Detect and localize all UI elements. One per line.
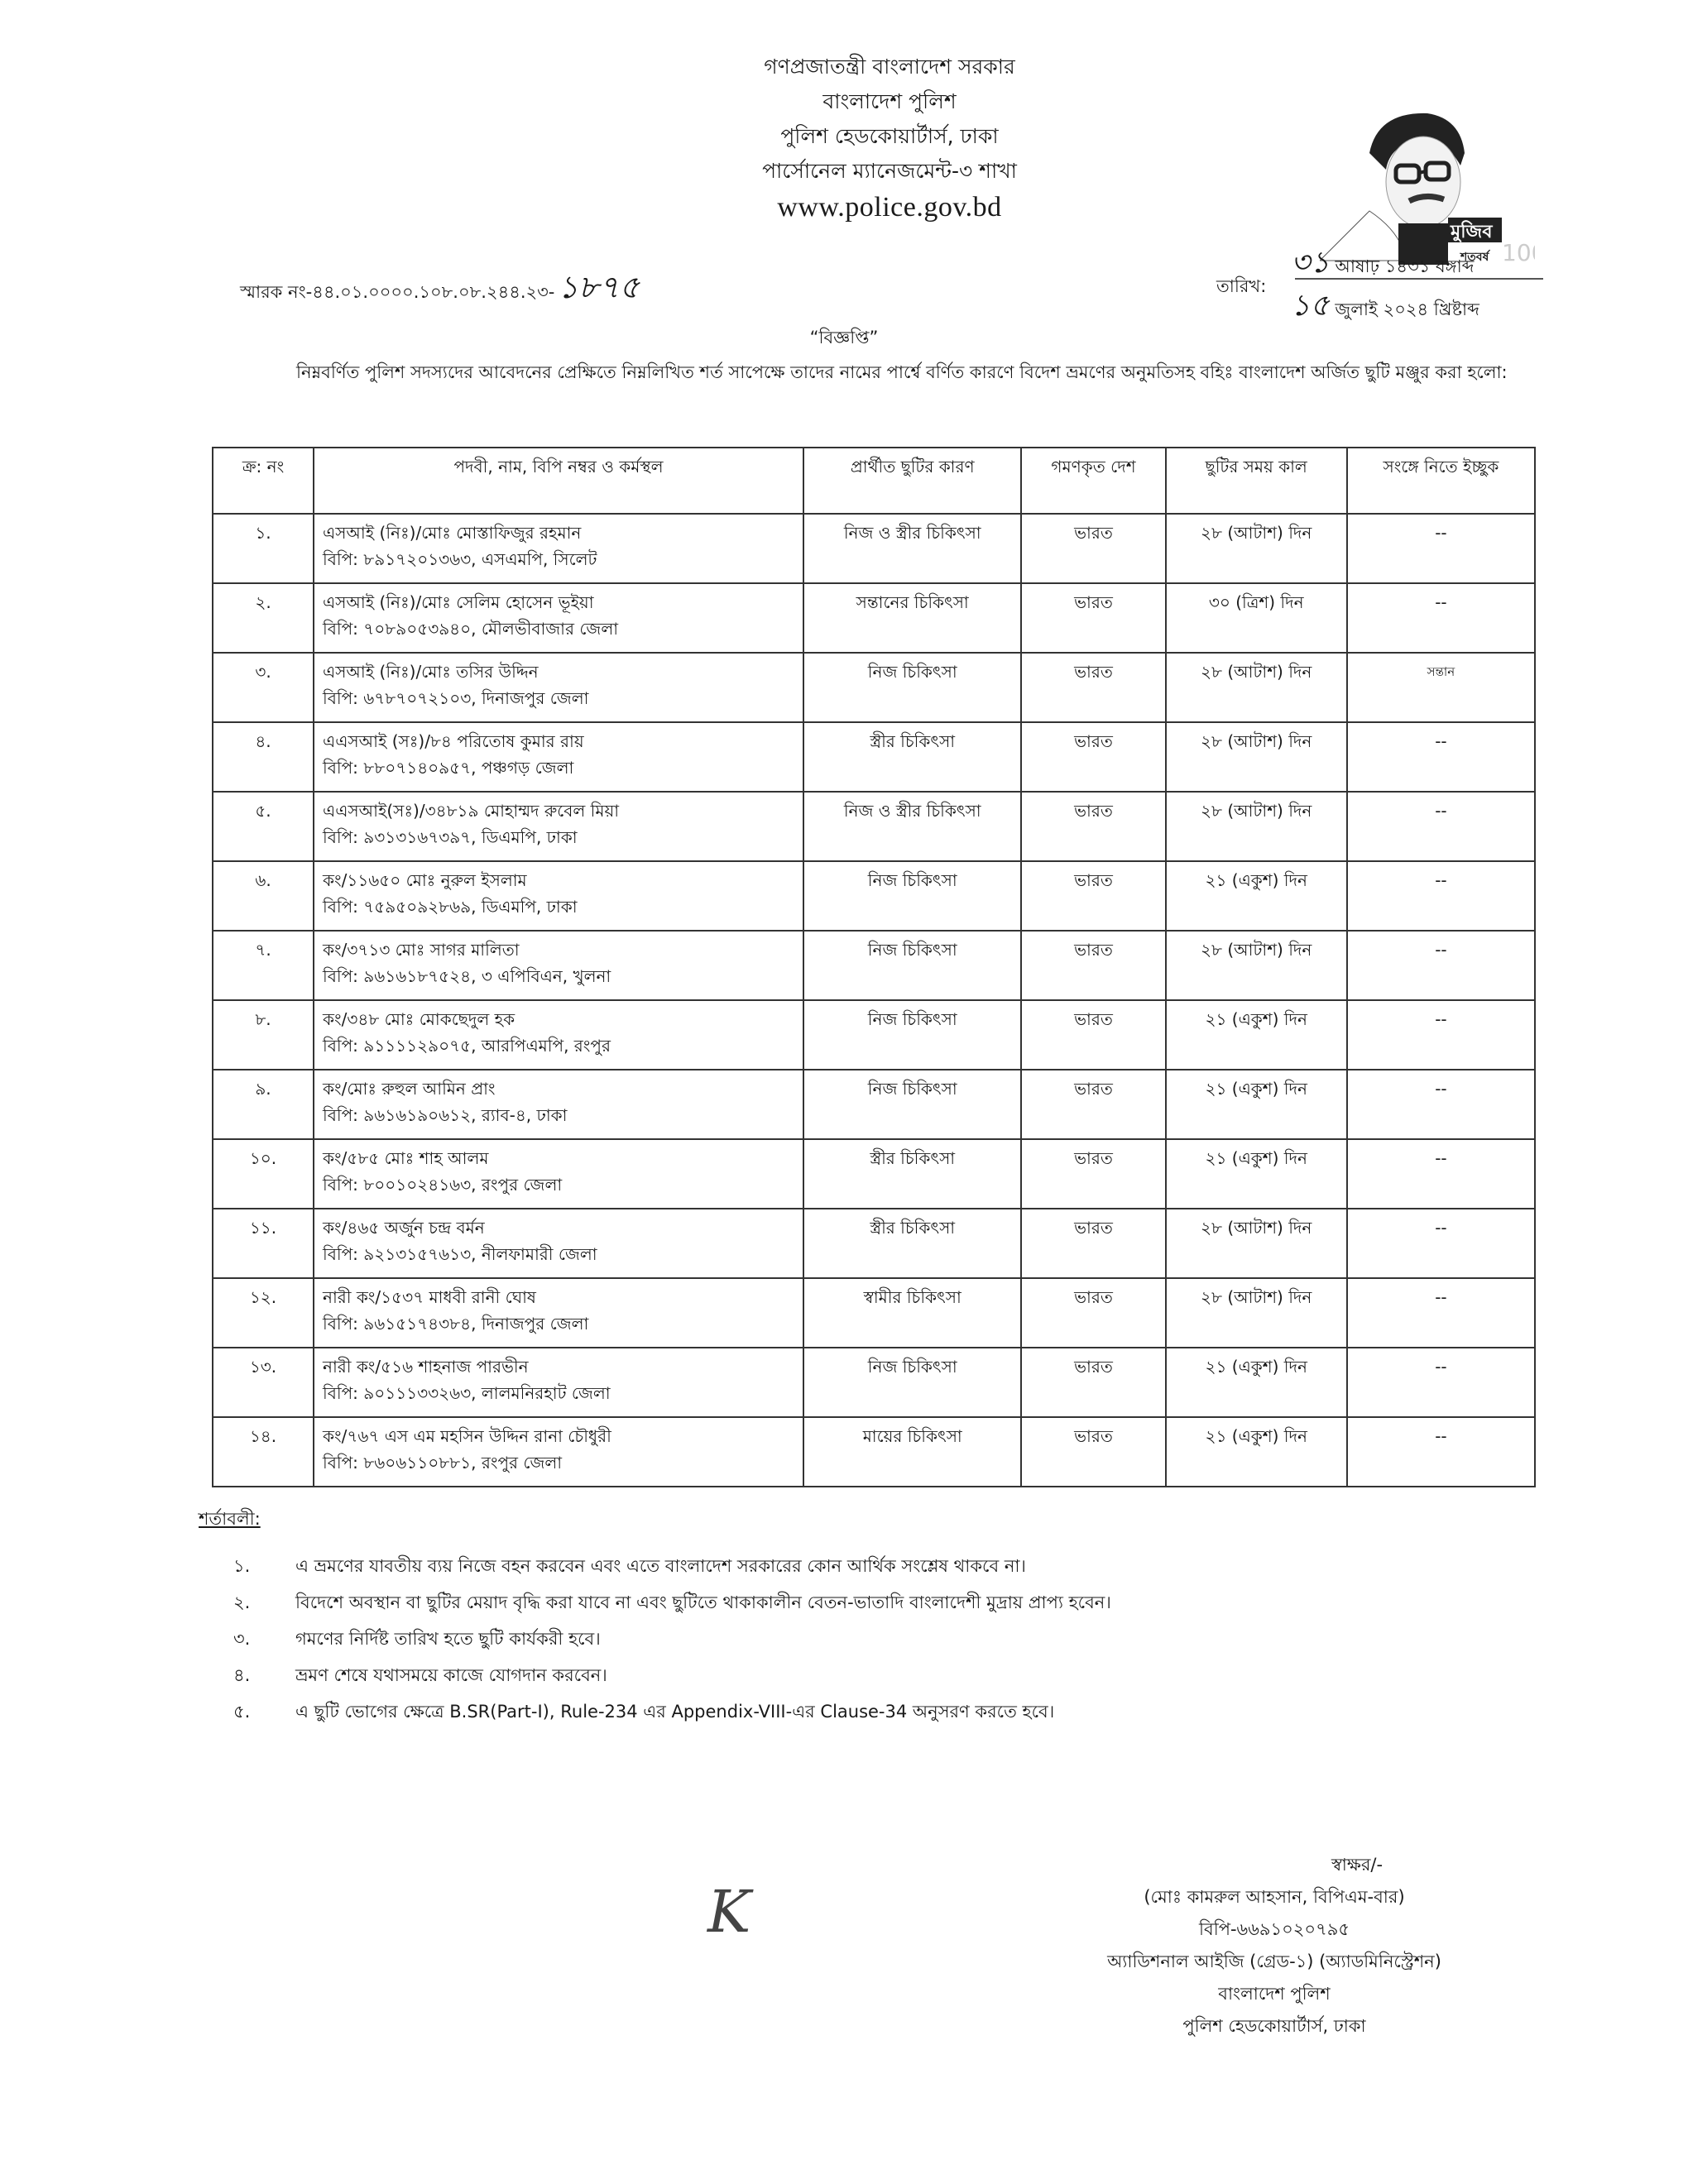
condition-number: ২. xyxy=(199,1584,295,1621)
row-country: ভারত xyxy=(1021,1417,1165,1487)
condition-text: এ ছুটি ভোগের ক্ষেত্রে B.SR(Part-I), Rule… xyxy=(295,1693,1054,1730)
row-serial: ১১. xyxy=(213,1209,314,1278)
leave-table: ক্র: নং পদবী, নাম, বিপি নম্বর ও কর্মস্থল… xyxy=(212,447,1536,1487)
row-reason: নিজ চিকিৎসা xyxy=(803,931,1021,1000)
table-row: ২.এসআই (নিঃ)/মোঃ সেলিম হোসেন ভূইয়াবিপি:… xyxy=(213,583,1535,653)
row-person: নারী কং/৫১৬ শাহনাজ পারভীনবিপি: ৯০১১১৩৩২৬… xyxy=(314,1348,803,1417)
row-name: কং/৭৬৭ এস এম মহসিন উদ্দিন রানা চৌধুরী xyxy=(323,1423,794,1449)
row-person: কং/১১৬৫০ মোঃ নুরুল ইসলামবিপি: ৭৫৯৫০৯২৮৬৯… xyxy=(314,861,803,931)
row-person: কং/৫৮৫ মোঃ শাহ আলমবিপি: ৮০০১০২৪১৬৩, রংপু… xyxy=(314,1139,803,1209)
row-bp: বিপি: ৯৩১৩১৬৭৩৯৭, ডিএমপি, ঢাকা xyxy=(323,824,794,850)
row-reason: স্বামীর চিকিৎসা xyxy=(803,1278,1021,1348)
row-name: এএসআই (সঃ)/৮৪ পরিতোষ কুমার রায় xyxy=(323,728,794,754)
memo-prefix: স্মারক নং-৪৪.০১.০০০০.১০৮.০৮.২৪৪.২৩- xyxy=(240,282,554,302)
row-country: ভারত xyxy=(1021,653,1165,722)
row-country: ভারত xyxy=(1021,792,1165,861)
table-row: ৮.কং/৩৪৮ মোঃ মোকছেদুল হকবিপি: ৯১১১১২৯০৭৫… xyxy=(213,1000,1535,1070)
row-person: এসআই (নিঃ)/মোঃ মোস্তাফিজুর রহমানবিপি: ৮৯… xyxy=(314,514,803,583)
table-row: ৪.এএসআই (সঃ)/৮৪ পরিতোষ কুমার রায়বিপি: ৮… xyxy=(213,722,1535,792)
col-country: গমণকৃত দেশ xyxy=(1021,448,1165,514)
table-header-row: ক্র: নং পদবী, নাম, বিপি নম্বর ও কর্মস্থল… xyxy=(213,448,1535,514)
row-serial: ১০. xyxy=(213,1139,314,1209)
signatory-name: (মোঃ কামরুল আহসান, বিপিএম-বার) xyxy=(1026,1881,1523,1913)
row-name: এসআই (নিঃ)/মোঃ মোস্তাফিজুর রহমান xyxy=(323,520,794,546)
table-row: ৫.এএসআই(সঃ)/৩৪৮১৯ মোহাম্মদ রুবেল মিয়াবি… xyxy=(213,792,1535,861)
row-companion: -- xyxy=(1347,861,1535,931)
row-serial: ১. xyxy=(213,514,314,583)
row-name: কং/১১৬৫০ মোঃ নুরুল ইসলাম xyxy=(323,867,794,893)
row-serial: ৮. xyxy=(213,1000,314,1070)
row-serial: ৪. xyxy=(213,722,314,792)
row-duration: ২১ (একুশ) দিন xyxy=(1166,861,1347,931)
row-serial: ১২. xyxy=(213,1278,314,1348)
row-serial: ২. xyxy=(213,583,314,653)
row-companion: সন্তান xyxy=(1347,653,1535,722)
row-person: কং/৭৬৭ এস এম মহসিন উদ্দিন রানা চৌধুরীবিপ… xyxy=(314,1417,803,1487)
row-country: ভারত xyxy=(1021,1070,1165,1139)
row-bp: বিপি: ৯০১১১৩৩২৬৩, লালমনিরহাট জেলা xyxy=(323,1380,794,1406)
condition-item: ৪.ভ্রমণ শেষে যথাসময়ে কাজে যোগদান করবেন। xyxy=(199,1657,1523,1693)
row-companion: -- xyxy=(1347,722,1535,792)
row-serial: ১৪. xyxy=(213,1417,314,1487)
table-row: ১১.কং/৪৬৫ অর্জুন চন্দ্র বর্মনবিপি: ৯২১৩১… xyxy=(213,1209,1535,1278)
row-reason: নিজ চিকিৎসা xyxy=(803,1070,1021,1139)
row-bp: বিপি: ৯২১৩১৫৭৬১৩, নীলফামারী জেলা xyxy=(323,1241,794,1267)
row-country: ভারত xyxy=(1021,931,1165,1000)
row-duration: ২৮ (আটাশ) দিন xyxy=(1166,792,1347,861)
row-bp: বিপি: ৬৭৮৭০৭২১০৩, দিনাজপুর জেলা xyxy=(323,685,794,711)
row-companion: -- xyxy=(1347,1417,1535,1487)
row-bp: বিপি: ৮০০১০২৪১৬৩, রংপুর জেলা xyxy=(323,1171,794,1198)
table-row: ১৩.নারী কং/৫১৬ শাহনাজ পারভীনবিপি: ৯০১১১৩… xyxy=(213,1348,1535,1417)
row-companion: -- xyxy=(1347,583,1535,653)
bangla-day-handwritten: ৩১ xyxy=(1291,246,1330,280)
row-duration: ২৮ (আটাশ) দিন xyxy=(1166,722,1347,792)
row-companion: -- xyxy=(1347,1139,1535,1209)
table-row: ৬.কং/১১৬৫০ মোঃ নুরুল ইসলামবিপি: ৭৫৯৫০৯২৮… xyxy=(213,861,1535,931)
row-name: কং/৫৮৫ মোঃ শাহ আলম xyxy=(323,1145,794,1171)
row-reason: নিজ চিকিৎসা xyxy=(803,1348,1021,1417)
row-serial: ৯. xyxy=(213,1070,314,1139)
row-name: এসআই (নিঃ)/মোঃ সেলিম হোসেন ভূইয়া xyxy=(323,589,794,615)
row-name: নারী কং/৫১৬ শাহনাজ পারভীন xyxy=(323,1353,794,1380)
row-name: কং/৩৪৮ মোঃ মোকছেদুল হক xyxy=(323,1006,794,1032)
signature-label: স্বাক্ষর/- xyxy=(1026,1849,1523,1881)
row-country: ভারত xyxy=(1021,1348,1165,1417)
condition-item: ৩.গমণের নির্দিষ্ট তারিখ হতে ছুটি কার্যকর… xyxy=(199,1621,1523,1657)
conditions-section: শর্তাবলী: ১.এ ভ্রমণের যাবতীয় ব্যয় নিজে… xyxy=(199,1506,1523,1730)
row-person: এএসআই (সঃ)/৮৪ পরিতোষ কুমার রায়বিপি: ৮৮০… xyxy=(314,722,803,792)
row-companion: -- xyxy=(1347,1000,1535,1070)
row-companion: -- xyxy=(1347,514,1535,583)
row-reason: মায়ের চিকিৎসা xyxy=(803,1417,1021,1487)
english-month-year: জুলাই ২০২৪ খ্রিষ্টাব্দ xyxy=(1335,299,1479,319)
row-reason: নিজ চিকিৎসা xyxy=(803,1000,1021,1070)
row-country: ভারত xyxy=(1021,514,1165,583)
row-person: এসআই (নিঃ)/মোঃ তসির উদ্দিনবিপি: ৬৭৮৭০৭২১… xyxy=(314,653,803,722)
notice-title: “বিজ্ঞপ্তি” xyxy=(0,324,1688,353)
row-companion: -- xyxy=(1347,1070,1535,1139)
row-bp: বিপি: ৭৫৯৫০৯২৮৬৯, ডিএমপি, ঢাকা xyxy=(323,893,794,920)
row-person: এসআই (নিঃ)/মোঃ সেলিম হোসেন ভূইয়াবিপি: ৭… xyxy=(314,583,803,653)
date-label: তারিখ: xyxy=(1216,273,1266,302)
condition-item: ২.বিদেশে অবস্থান বা ছুটির মেয়াদ বৃদ্ধি … xyxy=(199,1584,1523,1621)
row-country: ভারত xyxy=(1021,861,1165,931)
govt-name: গণপ্রজাতন্ত্রী বাংলাদেশ সরকার xyxy=(579,50,1200,84)
row-duration: ২৮ (আটাশ) দিন xyxy=(1166,1209,1347,1278)
row-bp: বিপি: ৮৯১৭২০১৩৬৩, এসএমপি, সিলেট xyxy=(323,546,794,572)
table-row: ১০.কং/৫৮৫ মোঃ শাহ আলমবিপি: ৮০০১০২৪১৬৩, র… xyxy=(213,1139,1535,1209)
letterhead: গণপ্রজাতন্ত্রী বাংলাদেশ সরকার বাংলাদেশ প… xyxy=(579,50,1200,227)
signatory-designation: অ্যাডিশনাল আইজি (গ্রেড-১) (অ্যাডমিনিস্ট্… xyxy=(1026,1946,1523,1978)
website: www.police.gov.bd xyxy=(579,189,1200,227)
row-bp: বিপি: ৯৬১৬১৯০৬১২, র‌্যাব-৪, ঢাকা xyxy=(323,1102,794,1128)
row-companion: -- xyxy=(1347,1209,1535,1278)
office-name: পুলিশ হেডকোয়ার্টার্স, ঢাকা xyxy=(579,119,1200,154)
row-person: কং/৩৪৮ মোঃ মোকছেদুল হকবিপি: ৯১১১১২৯০৭৫, … xyxy=(314,1000,803,1070)
row-name: এসআই (নিঃ)/মোঃ তসির উদ্দিন xyxy=(323,659,794,685)
table-row: ৩.এসআই (নিঃ)/মোঃ তসির উদ্দিনবিপি: ৬৭৮৭০৭… xyxy=(213,653,1535,722)
condition-text: ভ্রমণ শেষে যথাসময়ে কাজে যোগদান করবেন। xyxy=(295,1657,607,1693)
row-companion: -- xyxy=(1347,1278,1535,1348)
col-name: পদবী, নাম, বিপি নম্বর ও কর্মস্থল xyxy=(314,448,803,514)
date-divider xyxy=(1295,278,1543,280)
row-person: কং/৩৭১৩ মোঃ সাগর মালিতাবিপি: ৯৬১৬১৮৭৫২৪,… xyxy=(314,931,803,1000)
row-name: কং/৩৭১৩ মোঃ সাগর মালিতা xyxy=(323,936,794,963)
condition-item: ১.এ ভ্রমণের যাবতীয় ব্যয় নিজে বহন করবেন… xyxy=(199,1548,1523,1584)
row-reason: নিজ চিকিৎসা xyxy=(803,861,1021,931)
table-row: ৭.কং/৩৭১৩ মোঃ সাগর মালিতাবিপি: ৯৬১৬১৮৭৫২… xyxy=(213,931,1535,1000)
row-reason: স্ত্রীর চিকিৎসা xyxy=(803,722,1021,792)
row-duration: ৩০ (ত্রিশ) দিন xyxy=(1166,583,1347,653)
table-row: ৯.কং/মোঃ রুহুল আমিন প্রাংবিপি: ৯৬১৬১৯০৬১… xyxy=(213,1070,1535,1139)
row-serial: ৭. xyxy=(213,931,314,1000)
condition-number: ১. xyxy=(199,1548,295,1584)
row-person: কং/মোঃ রুহুল আমিন প্রাংবিপি: ৯৬১৬১৯০৬১২,… xyxy=(314,1070,803,1139)
col-companion: সংঙ্গে নিতে ইচ্ছুক xyxy=(1347,448,1535,514)
row-country: ভারত xyxy=(1021,1000,1165,1070)
row-serial: ১৩. xyxy=(213,1348,314,1417)
row-duration: ২৮ (আটাশ) দিন xyxy=(1166,653,1347,722)
condition-number: ৪. xyxy=(199,1657,295,1693)
handwritten-initial: K xyxy=(707,1878,750,1946)
row-bp: বিপি: ৮৮০৭১৪০৯৫৭, পঞ্চগড় জেলা xyxy=(323,754,794,781)
signatory-bp: বিপি-৬৬৯১০২০৭৯৫ xyxy=(1026,1913,1523,1946)
row-serial: ৩. xyxy=(213,653,314,722)
row-bp: বিপি: ৯১১১১২৯০৭৫, আরপিএমপি, রংপুর xyxy=(323,1032,794,1059)
intro-paragraph: নিম্নবর্ণিত পুলিশ সদস্যদের আবেদনের প্রেক… xyxy=(207,354,1556,390)
signatory-org: বাংলাদেশ পুলিশ xyxy=(1026,1978,1523,2010)
conditions-title: শর্তাবলী: xyxy=(199,1506,1523,1535)
row-companion: -- xyxy=(1347,792,1535,861)
col-reason: প্রার্থীত ছুটির কারণ xyxy=(803,448,1021,514)
row-bp: বিপি: ৯৬১৬১৮৭৫২৪, ৩ এপিবিএন, খুলনা xyxy=(323,963,794,989)
condition-item: ৫.এ ছুটি ভোগের ক্ষেত্রে B.SR(Part-I), Ru… xyxy=(199,1693,1523,1730)
row-name: এএসআই(সঃ)/৩৪৮১৯ মোহাম্মদ রুবেল মিয়া xyxy=(323,797,794,824)
col-serial: ক্র: নং xyxy=(213,448,314,514)
condition-text: এ ভ্রমণের যাবতীয় ব্যয় নিজে বহন করবেন এ… xyxy=(295,1548,1026,1584)
row-country: ভারত xyxy=(1021,583,1165,653)
row-duration: ২৮ (আটাশ) দিন xyxy=(1166,1278,1347,1348)
condition-text: গমণের নির্দিষ্ট তারিখ হতে ছুটি কার্যকরী … xyxy=(295,1621,601,1657)
row-country: ভারত xyxy=(1021,1139,1165,1209)
col-duration: ছুটির সময় কাল xyxy=(1166,448,1347,514)
row-companion: -- xyxy=(1347,1348,1535,1417)
row-bp: বিপি: ৭০৮৯০৫৩৯৪০, মৌলভীবাজার জেলা xyxy=(323,615,794,642)
row-bp: বিপি: ৮৬০৬১১০৮৮১, রংপুর জেলা xyxy=(323,1449,794,1476)
condition-number: ৩. xyxy=(199,1621,295,1657)
svg-text:100: 100 xyxy=(1502,239,1535,266)
table-row: ১.এসআই (নিঃ)/মোঃ মোস্তাফিজুর রহমানবিপি: … xyxy=(213,514,1535,583)
bangla-month-year: আষাঢ় ১৪৩১ বঙ্গাব্দ xyxy=(1335,256,1474,276)
row-reason: নিজ চিকিৎসা xyxy=(803,653,1021,722)
row-duration: ২১ (একুশ) দিন xyxy=(1166,1070,1347,1139)
signatory-office: পুলিশ হেডকোয়ার্টার্স, ঢাকা xyxy=(1026,2010,1523,2043)
row-bp: বিপি: ৯৬১৫১৭৪৩৮৪, দিনাজপুর জেলা xyxy=(323,1310,794,1337)
row-person: কং/৪৬৫ অর্জুন চন্দ্র বর্মনবিপি: ৯২১৩১৫৭৬… xyxy=(314,1209,803,1278)
row-name: নারী কং/১৫৩৭ মাধবী রানী ঘোষ xyxy=(323,1284,794,1310)
row-country: ভারত xyxy=(1021,722,1165,792)
english-day-handwritten: ১৫ xyxy=(1291,289,1330,323)
memo-number: স্মারক নং-৪৪.০১.০০০০.১০৮.০৮.২৪৪.২৩-১৮৭৫ xyxy=(240,263,640,316)
memo-handwritten-number: ১৮৭৫ xyxy=(558,269,640,305)
row-person: নারী কং/১৫৩৭ মাধবী রানী ঘোষবিপি: ৯৬১৫১৭৪… xyxy=(314,1278,803,1348)
row-country: ভারত xyxy=(1021,1209,1165,1278)
row-reason: নিজ ও স্ত্রীর চিকিৎসা xyxy=(803,792,1021,861)
table-row: ১২.নারী কং/১৫৩৭ মাধবী রানী ঘোষবিপি: ৯৬১৫… xyxy=(213,1278,1535,1348)
row-name: কং/৪৬৫ অর্জুন চন্দ্র বর্মন xyxy=(323,1214,794,1241)
condition-text: বিদেশে অবস্থান বা ছুটির মেয়াদ বৃদ্ধি কর… xyxy=(295,1584,1111,1621)
row-duration: ২১ (একুশ) দিন xyxy=(1166,1417,1347,1487)
row-name: কং/মোঃ রুহুল আমিন প্রাং xyxy=(323,1075,794,1102)
org-name: বাংলাদেশ পুলিশ xyxy=(579,84,1200,119)
row-duration: ২৮ (আটাশ) দিন xyxy=(1166,514,1347,583)
row-duration: ২১ (একুশ) দিন xyxy=(1166,1348,1347,1417)
row-serial: ৬. xyxy=(213,861,314,931)
row-duration: ২১ (একুশ) দিন xyxy=(1166,1139,1347,1209)
row-reason: স্ত্রীর চিকিৎসা xyxy=(803,1139,1021,1209)
row-country: ভারত xyxy=(1021,1278,1165,1348)
row-duration: ২১ (একুশ) দিন xyxy=(1166,1000,1347,1070)
condition-number: ৫. xyxy=(199,1693,295,1730)
row-reason: নিজ ও স্ত্রীর চিকিৎসা xyxy=(803,514,1021,583)
bangla-date: ৩১ আষাঢ় ১৪৩১ বঙ্গাব্দ xyxy=(1291,240,1474,290)
branch-name: পার্সোনেল ম্যানেজমেন্ট-৩ শাখা xyxy=(579,154,1200,189)
table-row: ১৪.কং/৭৬৭ এস এম মহসিন উদ্দিন রানা চৌধুরী… xyxy=(213,1417,1535,1487)
row-person: এএসআই(সঃ)/৩৪৮১৯ মোহাম্মদ রুবেল মিয়াবিপি… xyxy=(314,792,803,861)
row-companion: -- xyxy=(1347,931,1535,1000)
row-reason: সন্তানের চিকিৎসা xyxy=(803,583,1021,653)
row-serial: ৫. xyxy=(213,792,314,861)
row-duration: ২৮ (আটাশ) দিন xyxy=(1166,931,1347,1000)
row-reason: স্ত্রীর চিকিৎসা xyxy=(803,1209,1021,1278)
signature-block: স্বাক্ষর/- (মোঃ কামরুল আহসান, বিপিএম-বার… xyxy=(1026,1849,1523,2043)
